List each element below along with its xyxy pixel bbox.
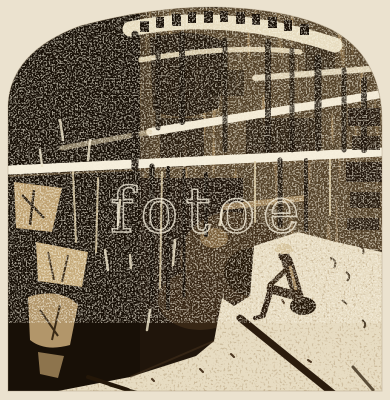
watermark-text: fotoe: [110, 174, 307, 247]
page: fotoe: [0, 0, 390, 400]
photo-art: fotoe: [0, 0, 390, 400]
photograph: fotoe: [0, 0, 390, 400]
grain-overlay: [8, 8, 382, 308]
